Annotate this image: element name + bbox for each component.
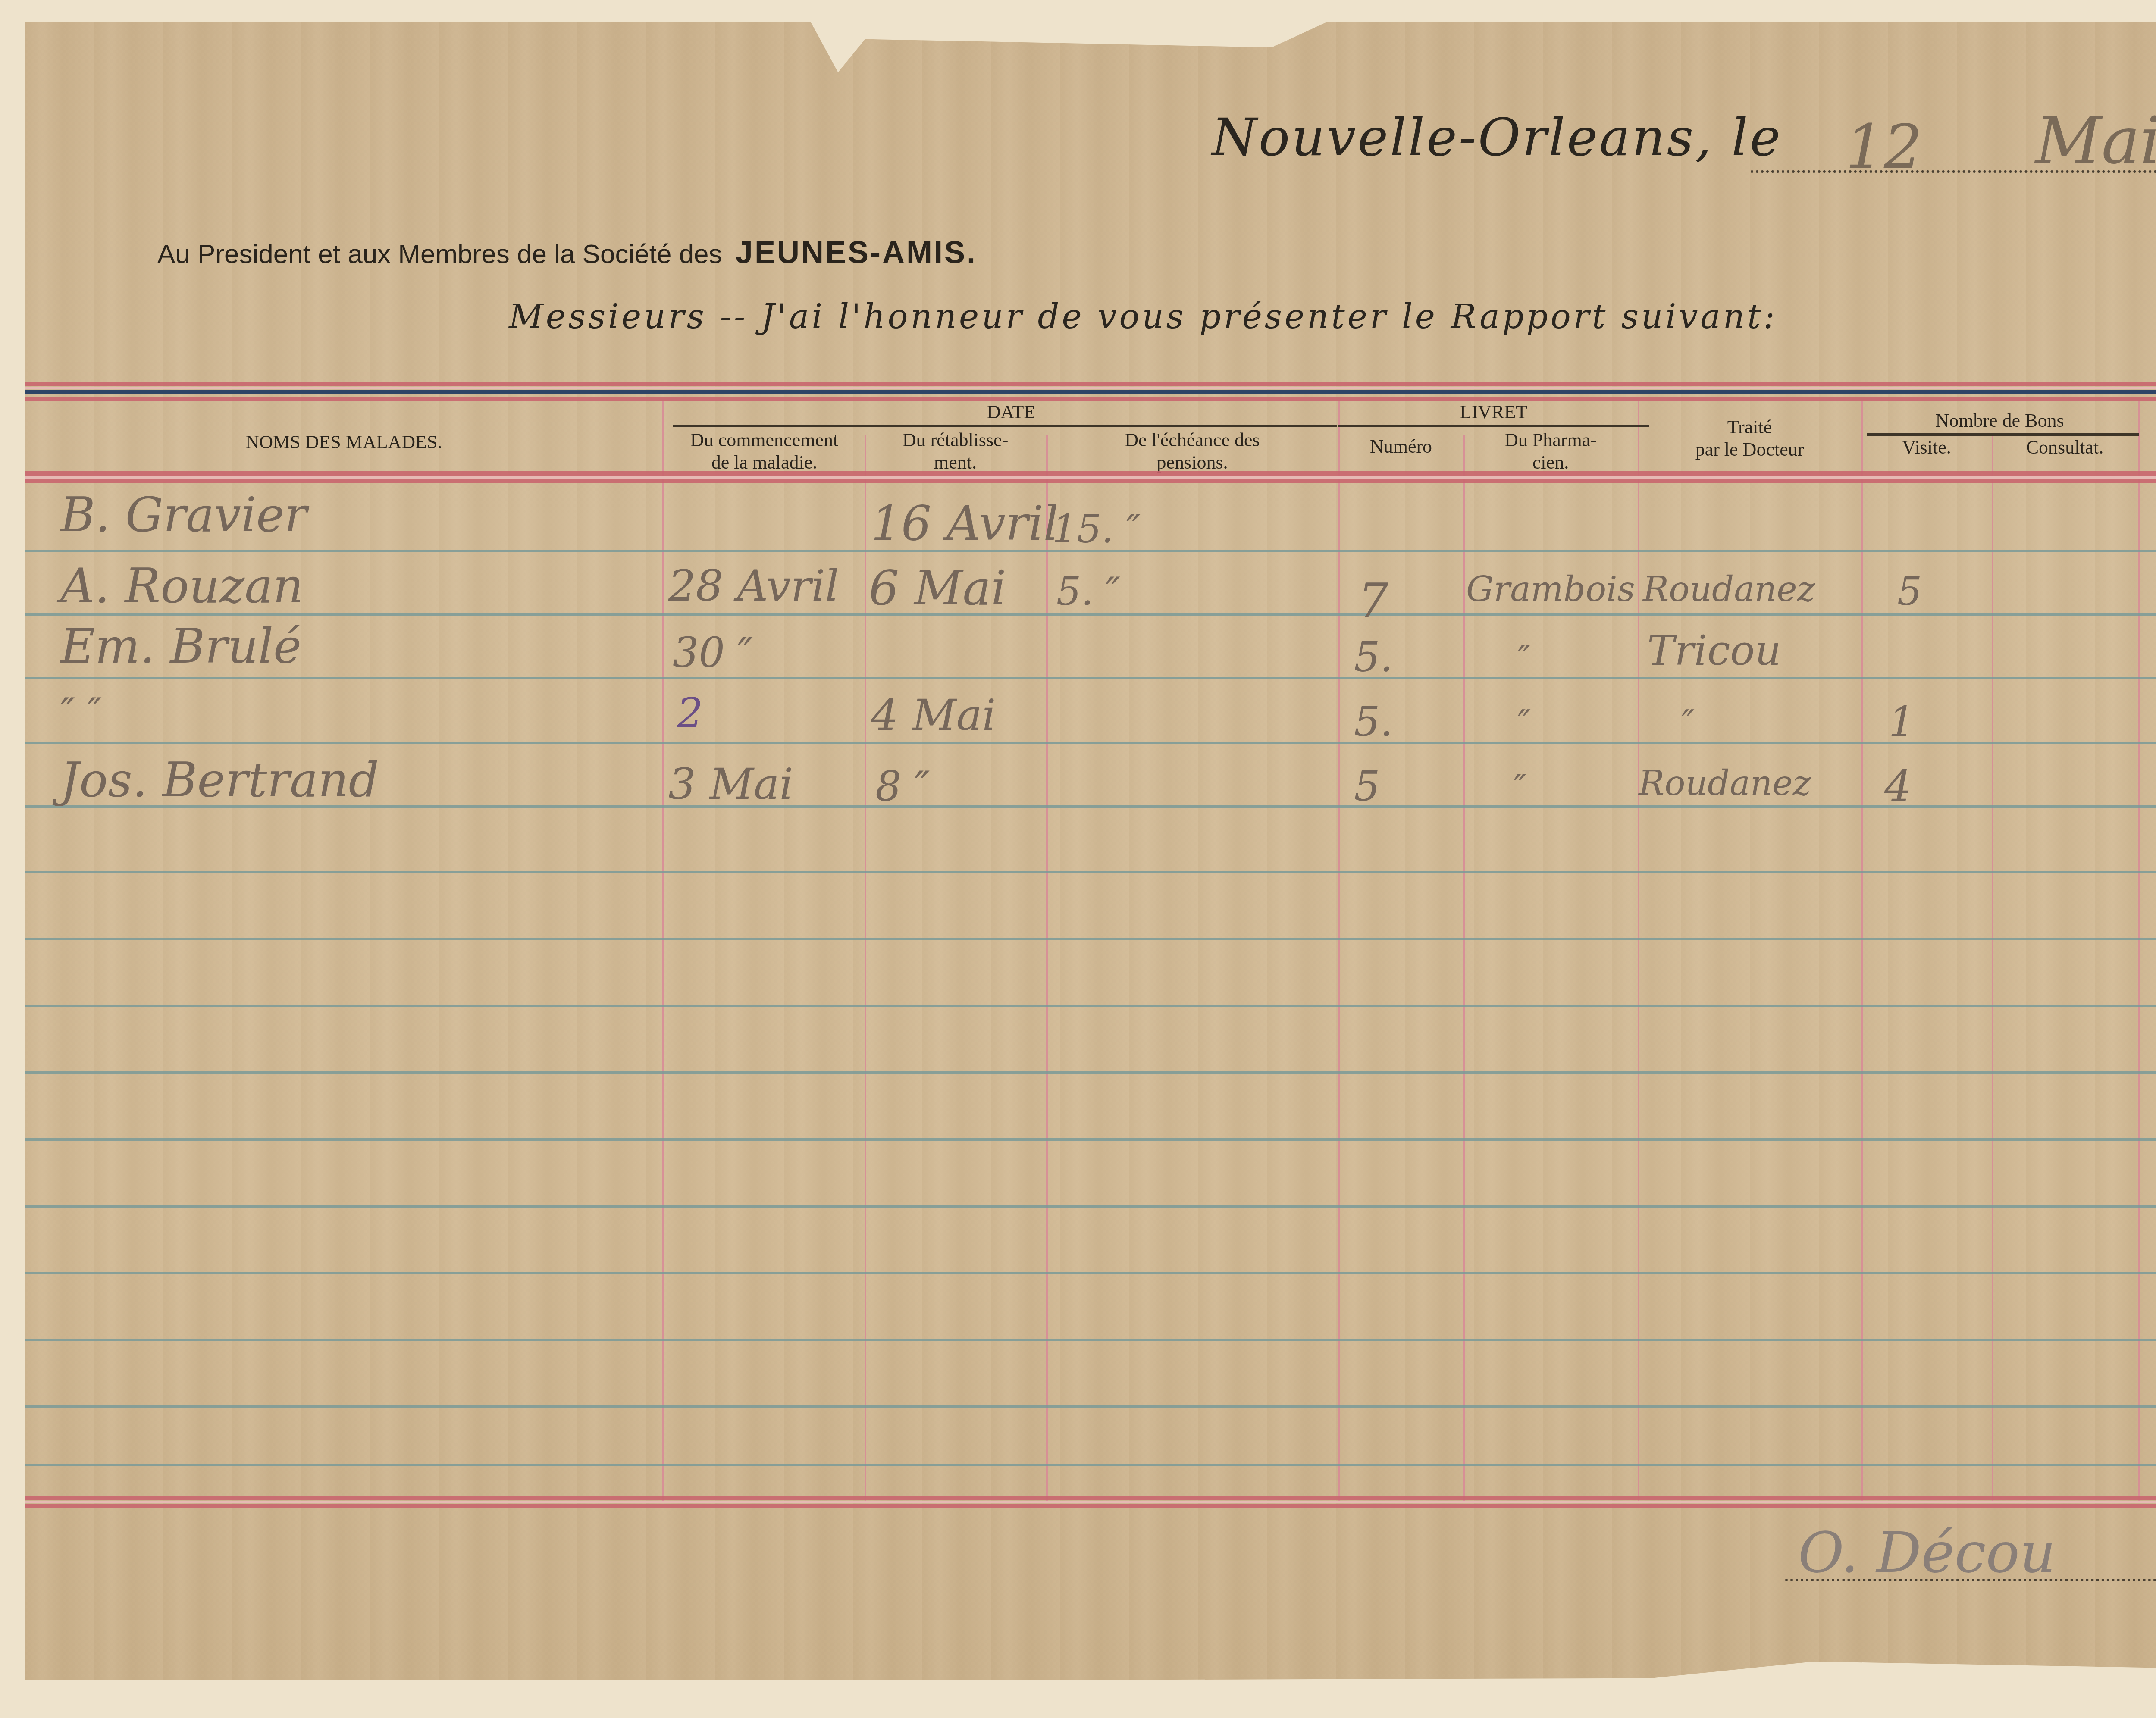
row5-livret-number: 5 [1354,763,1380,810]
row3-doctor: Tricou [1647,627,1781,675]
header-date-start-l1: Du commencement [664,429,865,451]
top-rule-blue [25,390,2156,394]
document-paper [25,22,2156,1687]
row-line [25,742,2156,744]
col-line-2 [865,435,866,1502]
signature-dotted-line [1785,1579,2156,1581]
header-livret-number: Numéro [1338,435,1463,458]
row1-pension: 15. ″ [1052,507,1141,552]
livret-group-underline [1338,425,1649,427]
header-livret-group: LIVRET [1338,401,1649,423]
row-line [25,1071,2156,1074]
row-line [25,938,2156,940]
header-date-pension-l1: De l'échéance des [1046,429,1338,451]
header-bottom-rule-2 [25,479,2156,483]
row1-name: B. Gravier [60,487,307,542]
col-line-6 [1638,401,1639,1502]
header-bons-consult: Consultat. [1992,436,2138,459]
header-bons-returned-l2: Rendus. [2138,438,2156,461]
row3-start: 30 ″ [673,629,753,677]
header-date-recovery: Du rétablisse- ment. [865,429,1046,474]
row3-livret-number: 5. [1354,634,1393,681]
col-line-8 [1992,433,1993,1502]
row-line [25,1464,2156,1466]
header-pharmacist-l2: cien. [1463,451,1638,474]
row-line [25,1405,2156,1408]
col-line-7 [1861,401,1863,1502]
row1-recovery: 16 Avril [871,496,1059,551]
col-line-4 [1338,401,1340,1502]
header-bons-returned-l1: Bons [2138,416,2156,438]
row4-start: 2 [677,690,703,737]
row4-visit: 1 [1889,698,1915,746]
header-date-pension: De l'échéance des pensions. [1046,429,1338,474]
top-rule-pale [25,387,2156,389]
row2-start: 28 Avril [668,560,839,611]
header-doctor-l2: par le Docteur [1638,438,1861,461]
row-line [25,1005,2156,1007]
row-line [25,1272,2156,1274]
row2-pension: 5. ″ [1056,569,1120,614]
row-line [25,677,2156,679]
row5-pharmacist: ″ [1514,767,1526,807]
bons-group-underline [1867,433,2139,436]
row4-recovery: 4 Mai [871,690,996,740]
header-livret-pharmacist: Du Pharma- cien. [1463,429,1638,474]
header-bons-visit: Visite. [1861,436,1992,459]
row4-livret-number: 5. [1354,698,1393,746]
row2-pharmacist: Grambois [1466,569,1635,609]
salutation: Messieurs -- J'ai l'honneur de vous prés… [509,297,1777,336]
row-line [25,1339,2156,1341]
col-line-3 [1046,435,1048,1502]
row4-pharmacist: ″ [1518,703,1531,743]
row4-doctor: ″ [1682,703,1695,743]
bottom-rule-2 [25,1504,2156,1508]
header-doctor-l1: Traité [1638,416,1861,438]
header-date-start-l2: de la maladie. [664,451,865,474]
row2-visit: 5 [1897,569,1922,614]
header-names: NOMS DES MALADES. [26,431,662,454]
row5-doctor: Roudanez [1639,763,1811,803]
top-rule-red-1 [25,382,2156,386]
row5-visit: 4 [1884,761,1912,811]
signature: O. Décou [1798,1520,2056,1585]
header-bottom-rule-pale [25,476,2156,479]
row5-start: 3 Mai [668,759,793,809]
bottom-rule-pale [25,1501,2156,1503]
row3-name: Em. Brulé [60,619,301,674]
date-group-underline [673,425,1337,427]
row2-livret-number: 7 [1358,573,1388,629]
header-doctor: Traité par le Docteur [1638,416,1861,461]
place-label: Nouvelle-Orleans, le [1212,108,1782,168]
top-rule-red-2 [25,397,2156,401]
col-line-5 [1463,435,1465,1502]
row3-pharmacist: ″ [1518,638,1531,678]
header-date-start: Du commencement de la maladie. [664,429,865,474]
header-date-group: DATE [865,401,1158,423]
address-line: Au President et aux Membres de la Sociét… [157,235,977,270]
bottom-rule-1 [25,1496,2156,1500]
row-line [25,1138,2156,1141]
header-bons-group: Nombre de Bons [1861,410,2138,432]
header-date-recovery-l1: Du rétablisse- [865,429,1046,451]
header-pharmacist-l1: Du Pharma- [1463,429,1638,451]
row2-recovery: 6 Mai [869,560,1006,616]
row-line [25,871,2156,873]
row2-doctor: Roudanez [1643,569,1815,609]
row-line [25,1205,2156,1208]
date-day: 12 [1846,112,1922,182]
header-bons-returned: Bons Rendus. [2138,416,2156,461]
row2-name: A. Rouzan [60,558,304,613]
header-bottom-rule-1 [25,471,2156,476]
row4-name: ″ ″ [60,690,102,735]
row5-recovery: 8 ″ [875,763,930,810]
society-name: JEUNES-AMIS. [736,235,977,270]
row5-name: Jos. Bertrand [60,752,379,807]
col-line-1 [662,401,664,1502]
col-line-9 [2138,401,2140,1502]
header-date-recovery-l2: ment. [865,451,1046,474]
date-month: Mai [2035,103,2156,178]
header-date-pension-l2: pensions. [1046,451,1338,474]
address-prefix: Au President et aux Membres de la Sociét… [157,239,722,269]
